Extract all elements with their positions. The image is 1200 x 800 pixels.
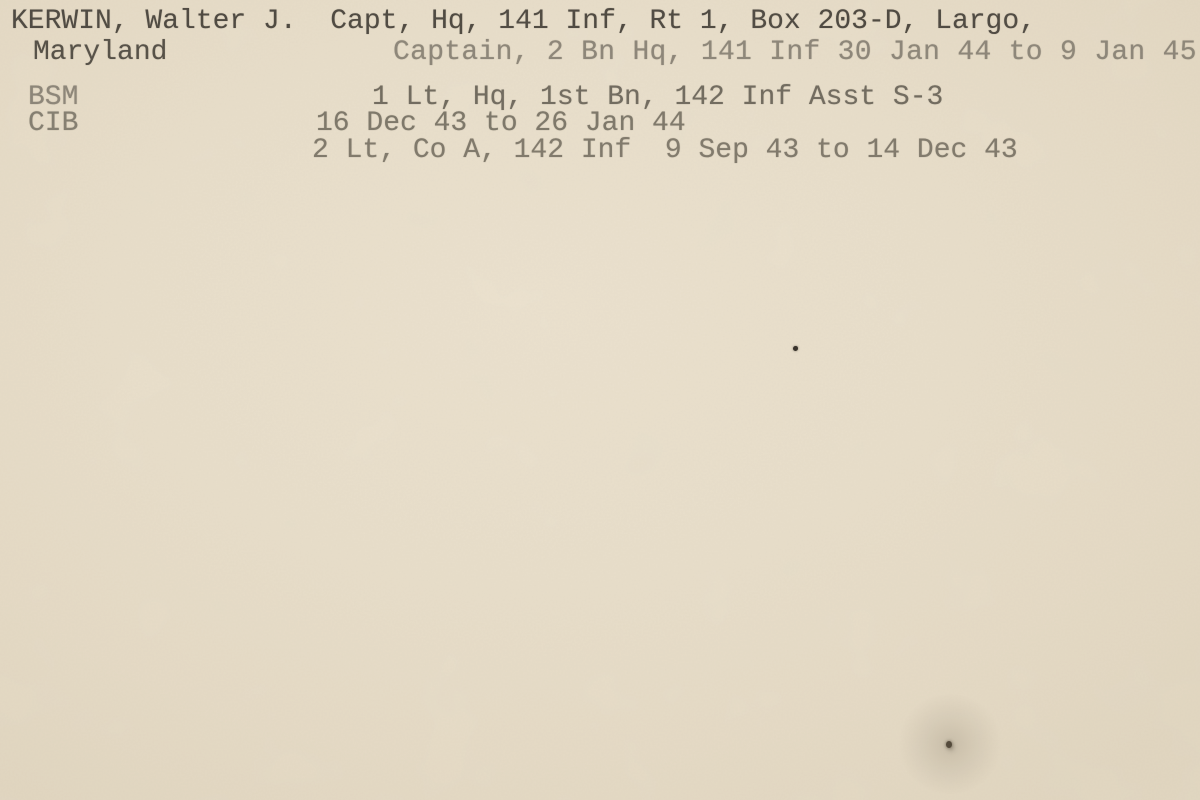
service-entry-first-lt-dates: 16 Dec 43 to 26 Jan 44 <box>316 110 686 138</box>
award-cib: CIB <box>28 110 78 138</box>
name-address-line: KERWIN, Walter J. Capt, Hq, 141 Inf, Rt … <box>11 8 1036 36</box>
index-card: KERWIN, Walter J. Capt, Hq, 141 Inf, Rt … <box>0 0 1200 800</box>
service-entry-captain: Captain, 2 Bn Hq, 141 Inf 30 Jan 44 to 9… <box>393 39 1197 67</box>
service-entry-second-lt: 2 Lt, Co A, 142 Inf 9 Sep 43 to 14 Dec 4… <box>312 137 1018 165</box>
ink-speck <box>793 346 798 351</box>
paper-stain-center <box>946 741 952 748</box>
state-line: Maryland <box>33 39 167 67</box>
